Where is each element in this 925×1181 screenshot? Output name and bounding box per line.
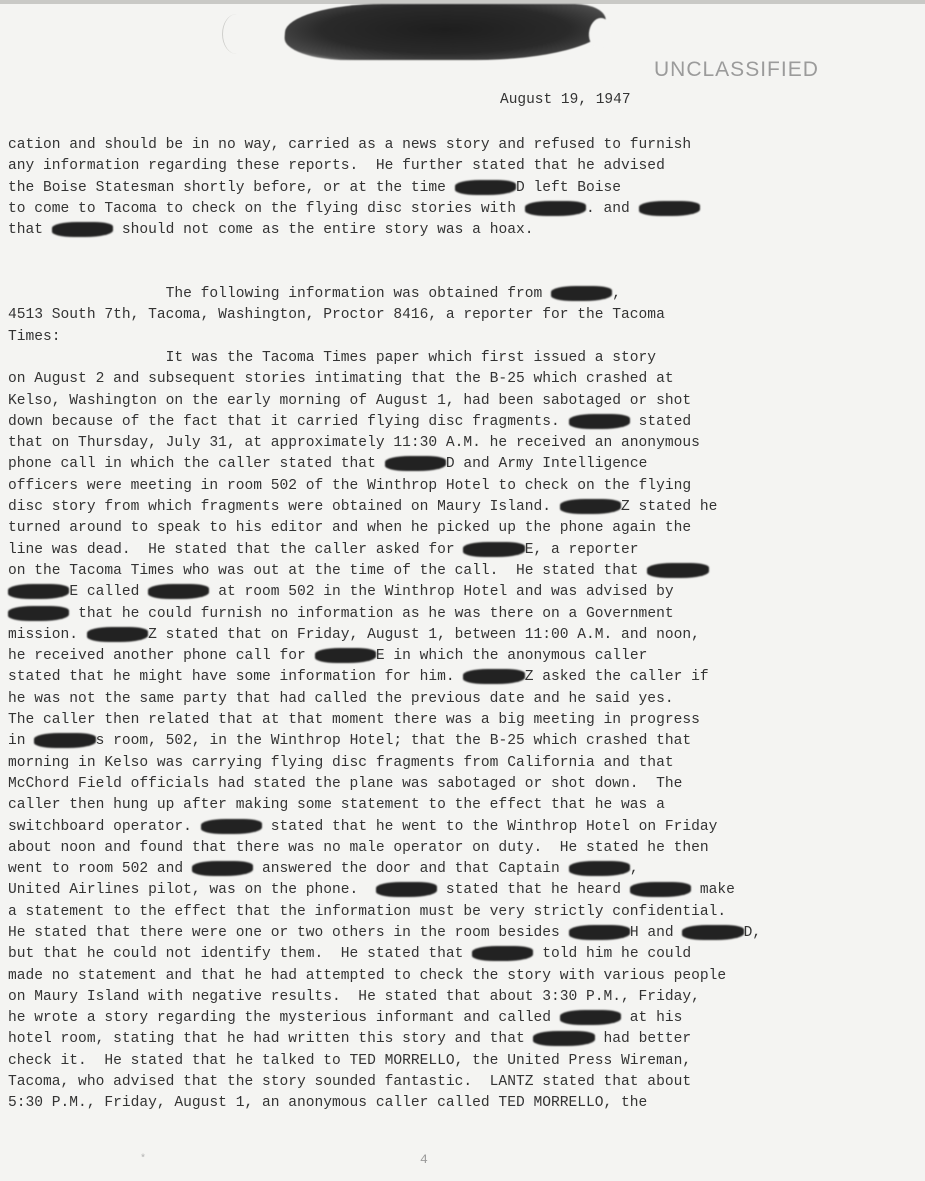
text-line: went to room 502 and XXXXXXX answered th… [8,859,918,880]
text-line: He stated that there were one or two oth… [8,923,918,944]
redaction-mark: XXXXXXX [630,882,691,897]
text-line: check it. He stated that he talked to TE… [8,1051,918,1072]
text-line: hotel room, stating that he had written … [8,1029,918,1050]
redaction-mark: XXXXXXX [525,201,586,216]
redaction-mark: XXXXXXX [647,563,708,578]
redaction-mark: XXXXXXX [201,819,262,834]
redaction-mark: XXXXXXX [385,456,446,471]
redaction-mark: XXXXXXX [8,606,69,621]
text-line [8,263,918,284]
text-line: mission. XXXXXXXZ stated that on Friday,… [8,625,918,646]
redaction-mark: XXXXXXX [148,584,209,599]
paragraph-gap [8,241,918,262]
text-line: It was the Tacoma Times paper which firs… [8,348,918,369]
redaction-mark: XXXXXXX [463,542,524,557]
text-line: on Maury Island with negative results. H… [8,987,918,1008]
text-line: to come to Tacoma to check on the flying… [8,199,918,220]
redaction-mark: XXXXXXX [560,499,621,514]
text-line: a statement to the effect that the infor… [8,902,918,923]
text-line: United Airlines pilot, was on the phone.… [8,880,918,901]
text-line: morning in Kelso was carrying flying dis… [8,753,918,774]
document-body: cation and should be in no way, carried … [8,135,918,1115]
text-line: 4513 South 7th, Tacoma, Washington, Proc… [8,305,918,326]
text-line: The caller then related that at that mom… [8,710,918,731]
text-line: any information regarding these reports.… [8,156,918,177]
text-line: he wrote a story regarding the mysteriou… [8,1008,918,1029]
text-line: Kelso, Washington on the early morning o… [8,391,918,412]
redaction-mark: XXXXXXX [463,669,524,684]
redaction-mark: XXXXXXX [533,1031,594,1046]
text-line: XXXXXXXE called XXXXXXX at room 502 in t… [8,582,918,603]
redaction-mark: XXXXXXX [376,882,437,897]
redaction-mark: XXXXXXX [52,222,113,237]
redaction-mark: XXXXXXX [551,286,612,301]
redaction-mark: XXXXXXX [455,180,516,195]
text-line: phone call in which the caller stated th… [8,454,918,475]
redaction-mark: XXXXXXX [569,861,630,876]
redaction-mark: XXXXXXX [682,925,743,940]
redaction-mark: XXXXXXX [8,584,69,599]
classification-stamp: UNCLASSIFIED [654,58,819,82]
text-line: that XXXXXXX should not come as the enti… [8,220,918,241]
redaction-mark: XXXXXXX [192,861,253,876]
redaction-mark: XXXXXXX [472,946,533,961]
punch-hole-mark [222,14,251,54]
text-line: in XXXXXXXs room, 502, in the Winthrop H… [8,731,918,752]
text-line: about noon and found that there was no m… [8,838,918,859]
text-line: switchboard operator. XXXXXXX stated tha… [8,817,918,838]
text-line: The following information was obtained f… [8,284,918,305]
redaction-mark: XXXXXXX [639,201,700,216]
redaction-mark: XXXXXXX [315,648,376,663]
text-line: down because of the fact that it carried… [8,412,918,433]
text-line: disc story from which fragments were obt… [8,497,918,518]
page-number: 4 [420,1152,428,1167]
text-line: he received another phone call for XXXXX… [8,646,918,667]
header-redaction [283,4,607,60]
redaction-mark: XXXXXXX [34,733,95,748]
redaction-mark: XXXXXXX [560,1010,621,1025]
text-line: that on Thursday, July 31, at approximat… [8,433,918,454]
redaction-mark: XXXXXXX [569,925,630,940]
redaction-mark: XXXXXXX [87,627,148,642]
redaction-mark: XXXXXXX [569,414,630,429]
text-line: cation and should be in no way, carried … [8,135,918,156]
text-line: on August 2 and subsequent stories intim… [8,369,918,390]
text-line: stated that he might have some informati… [8,667,918,688]
text-line: caller then hung up after making some st… [8,795,918,816]
text-line: Tacoma, who advised that the story sound… [8,1072,918,1093]
text-line: McChord Field officials had stated the p… [8,774,918,795]
text-line: but that he could not identify them. He … [8,944,918,965]
text-line: officers were meeting in room 502 of the… [8,476,918,497]
scan-speck: * [140,1154,146,1165]
text-line: he was not the same party that had calle… [8,689,918,710]
text-line: Times: [8,327,918,348]
text-line: 5:30 P.M., Friday, August 1, an anonymou… [8,1093,918,1114]
text-line: XXXXXXX that he could furnish no informa… [8,604,918,625]
document-date: August 19, 1947 [500,92,631,108]
text-line: the Boise Statesman shortly before, or a… [8,178,918,199]
text-line: turned around to speak to his editor and… [8,518,918,539]
text-line: on the Tacoma Times who was out at the t… [8,561,918,582]
text-line: line was dead. He stated that the caller… [8,540,918,561]
text-line: made no statement and that he had attemp… [8,966,918,987]
